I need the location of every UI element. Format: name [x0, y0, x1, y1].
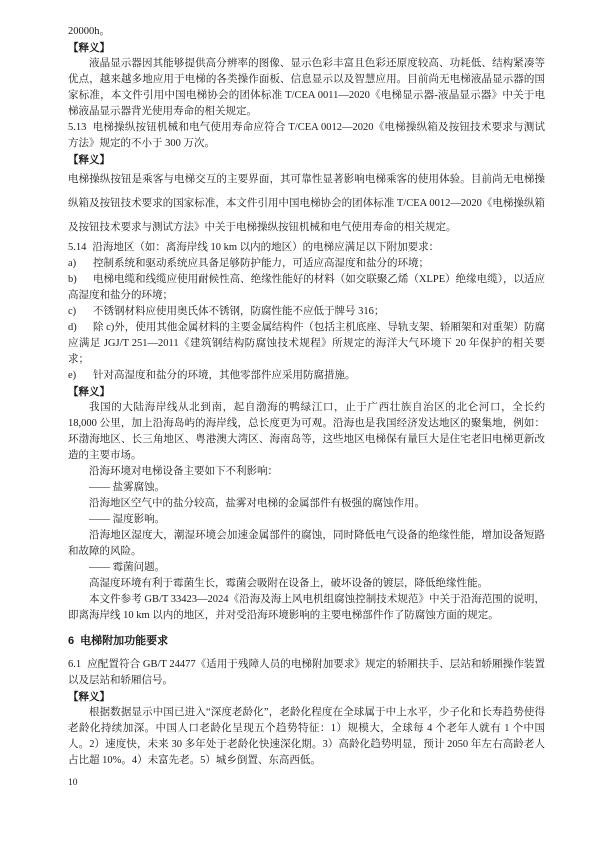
list-marker: e): [68, 368, 93, 384]
list-marker: b): [68, 272, 93, 288]
section-title: 电梯附加功能要求: [80, 635, 168, 647]
document-page: 20000h。 【释义】 液晶显示器因其能够提供高分辨率的图像、显示色彩丰富且色…: [0, 0, 600, 848]
paragraph-salt-fog-detail: 沿海地区空气中的盐分较高，盐雾对电梯的金属部件有极强的腐蚀作用。: [68, 496, 545, 512]
list-item-b: b)电梯电缆和线缆应使用耐候性高、绝缘性能好的材料（如交联聚乙烯（XLPE）绝缘…: [68, 272, 545, 304]
dash-item-salt-fog: —— 盐雾腐蚀。: [68, 480, 545, 496]
shiyi-label: 【释义】: [68, 384, 545, 400]
clause-number: 6.1: [68, 659, 81, 670]
dash-item-mold: —— 霉菌问题。: [68, 560, 545, 576]
list-item-text: 电梯电缆和线缆应使用耐候性高、绝缘性能好的材料（如交联聚乙烯（XLPE）绝缘电缆…: [68, 274, 545, 301]
section-heading-6: 6电梯附加功能要求: [68, 633, 545, 649]
clause-text: 电梯操纵按钮机械和电气使用寿命应符合 T/CEA 0012—2020《电梯操纵箱…: [68, 122, 545, 149]
clause-text: 沿海地区（如：离海岸线 10 km 以内的地区）的电梯应满足以下附加要求：: [92, 242, 439, 253]
clause-5-14: 5.14沿海地区（如：离海岸线 10 km 以内的地区）的电梯应满足以下附加要求…: [68, 240, 545, 256]
paragraph-aging-population: 根据数据显示中国已进入“深度老龄化”，老龄化程度在全球属于中上水平，少子化和长寿…: [68, 705, 545, 769]
list-item-c: c)不锈钢材料应使用奥氏体不锈钢，防腐性能不应低于牌号 316；: [68, 304, 545, 320]
paragraph-mold-detail: 高湿度环境有利于霉菌生长，霉菌会吸附在设备上，破坏设备的镀层，降低绝缘性能。: [68, 576, 545, 592]
paragraph-lcd-explanation: 液晶显示器因其能够提供高分辨率的图像、显示色彩丰富且色彩还原度较高、功耗低、结构…: [68, 56, 545, 120]
list-marker: a): [68, 256, 93, 272]
section-number: 6: [68, 635, 74, 647]
clause-text: 应配置符合 GB/T 24477《适用于残障人员的电梯附加要求》规定的轿厢扶手、…: [68, 659, 545, 686]
list-item-text: 除 c)外，使用其他金属材料的主要金属结构件（包括主机底座、导轨支架、轿厢架和对…: [68, 322, 545, 365]
list-item-d: d)除 c)外，使用其他金属材料的主要金属结构件（包括主机底座、导轨支架、轿厢架…: [68, 320, 545, 368]
clause-6-1: 6.1应配置符合 GB/T 24477《适用于残障人员的电梯附加要求》规定的轿厢…: [68, 657, 545, 689]
list-marker: c): [68, 304, 93, 320]
list-item-e: e)针对高湿度和盐分的环境，其他零部件应采用防腐措施。: [68, 368, 545, 384]
clause-number: 5.14: [68, 242, 86, 253]
list-item-a: a)控制系统和驱动系统应具备足够防护能力，可适应高湿度和盐分的环境；: [68, 256, 545, 272]
list-item-text: 控制系统和驱动系统应具备足够防护能力，可适应高湿度和盐分的环境；: [93, 258, 429, 269]
continuation-line: 20000h。: [68, 24, 545, 40]
shiyi-label: 【释义】: [68, 689, 545, 705]
page-number: 10: [68, 775, 545, 791]
paragraph-adverse-effects-intro: 沿海环境对电梯设备主要如下不利影响：: [68, 464, 545, 480]
paragraph-button-explanation: 电梯操纵按钮是乘客与电梯交互的主要界面，其可靠性显著影响电梯乘客的使用体验。目前…: [68, 168, 545, 240]
list-item-text: 不锈钢材料应使用奥氏体不锈钢，防腐性能不应低于牌号 316；: [93, 306, 384, 317]
list-item-text: 针对高湿度和盐分的环境，其他零部件应采用防腐措施。: [93, 370, 356, 381]
list-marker: d): [68, 320, 93, 336]
clause-number: 5.13: [68, 122, 86, 133]
paragraph-reference-standard: 本文件参考 GB/T 33423—2024《沿海及海上风电机组腐蚀控制技术规范》…: [68, 592, 545, 624]
shiyi-label: 【释义】: [68, 40, 545, 56]
shiyi-label: 【释义】: [68, 152, 545, 168]
paragraph-humidity-detail: 沿海地区湿度大，潮湿环境会加速金属部件的腐蚀，同时降低电气设备的绝缘性能，增加设…: [68, 528, 545, 560]
dash-item-humidity: —— 湿度影响。: [68, 512, 545, 528]
paragraph-coastline: 我国的大陆海岸线从北到南，起自渤海的鸭绿江口，止于广西壮族自治区的北仑河口，全长…: [68, 400, 545, 464]
clause-5-13: 5.13电梯操纵按钮机械和电气使用寿命应符合 T/CEA 0012—2020《电…: [68, 120, 545, 152]
